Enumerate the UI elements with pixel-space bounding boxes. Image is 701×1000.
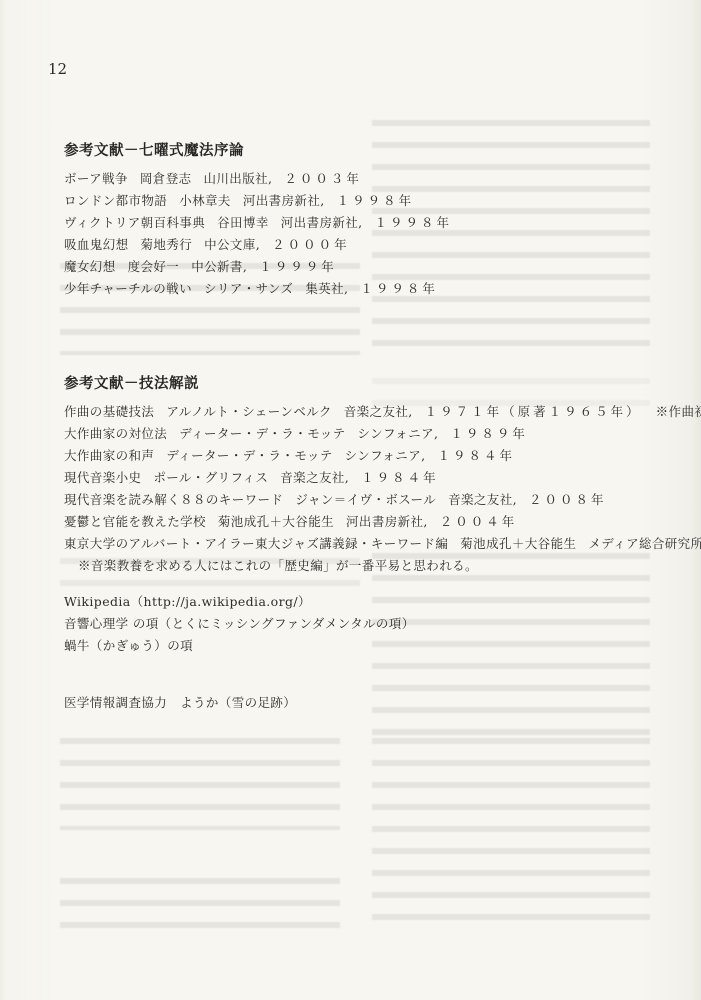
book-year: １９８４年 [361,470,439,485]
bibliography-entry: 大作曲家の和声ディーター・デ・ラ・モッテシンフォニア,１９８４年 [64,445,701,467]
reference-line: 音響心理学 の項（とくにミッシングファンダメンタルの項） [64,613,415,635]
bibliography-technique-section: 参考文献－技法解説 作曲の基礎技法アルノルト・シェーンベルク音楽之友社,１９７１… [64,373,701,577]
book-year: １９８９年 [450,426,528,441]
book-title: ロンドン都市物語 [64,193,167,208]
book-author: ディーター・デ・ラ・モッテ [179,426,345,441]
reference-line: 蝸牛（かぎゅう）の項 [64,635,415,657]
book-publisher: 音楽之友社, [344,404,413,419]
book-year: １９８４年 [437,448,515,463]
bibliography-entry: 大作曲家の対位法ディーター・デ・ラ・モッテシンフォニア,１９８９年 [64,423,701,445]
book-author: シリア・サンズ [204,281,293,296]
book-author: アルノルト・シェーンベルク [166,404,331,419]
bibliography-entry: ロンドン都市物語小林章夫河出書房新社,１９９８年 [64,190,452,212]
bibliography-entry: ヴィクトリア朝百科事典谷田博幸河出書房新社,１９９８年 [64,212,452,234]
book-publisher: 中公文庫, [204,237,260,252]
bibliography-entry: ボーア戦争岡倉登志山川出版社,２００３年 [64,168,452,190]
book-author: ジャン＝イヴ・ボスール [295,492,436,507]
bibliography-entry: 少年チャーチルの戦いシリア・サンズ集英社,１９９８年 [64,278,452,300]
book-note: ※作曲初学者に。 [656,404,701,419]
book-year: ２００８年 [529,492,607,507]
book-year: １９７１年（原著１９６５年） [425,404,642,419]
book-author: 岡倉登志 [140,171,192,186]
bibliography-entry: 作曲の基礎技法アルノルト・シェーンベルク音楽之友社,１９７１年（原著１９６５年）… [64,401,701,423]
book-publisher: シンフォニア, [358,426,439,441]
book-author: ディーター・デ・ラ・モッテ [166,448,332,463]
bibliography-magic-section: 参考文献－七曜式魔法序論 ボーア戦争岡倉登志山川出版社,２００３年 ロンドン都市… [64,140,452,300]
book-page: 12 参考文献－七曜式魔法序論 ボーア戦争岡倉登志山川出版社,２００３年 ロンド… [0,0,701,1000]
book-title: ボーア戦争 [64,171,128,186]
section-title: 参考文献－七曜式魔法序論 [64,140,452,162]
book-publisher: 河出書房新社, [243,193,325,208]
book-publisher: 音楽之友社, [280,470,349,485]
book-publisher: 中公新書, [191,259,247,274]
acknowledgement-section: 医学情報調査協力 ようか（雪の足跡） [64,692,296,714]
book-year: ２００４年 [440,514,518,529]
page-number: 12 [48,60,67,78]
book-author: ポール・グリフィス [153,470,268,485]
book-title: 憂鬱と官能を教えた学校 [64,514,206,529]
book-author: 谷田博幸 [217,215,269,230]
book-publisher: メディア総合研究所, [588,536,701,551]
book-title: 吸血鬼幻想 [64,237,129,252]
bibliography-entry: 憂鬱と官能を教えた学校菊池成孔＋大谷能生河出書房新社,２００４年 [64,511,701,533]
book-author: 菊池成孔＋大谷能生 [460,536,576,551]
acknowledgement-line: 医学情報調査協力 ようか（雪の足跡） [64,692,296,714]
book-author: 度会好一 [128,259,180,274]
bleed-through-text [60,730,340,830]
book-publisher: 河出書房新社, [346,514,428,529]
bibliography-entry: 魔女幻想度会好一中公新書,１９９９年 [64,256,452,278]
book-year: １９９８年 [337,193,415,208]
bibliography-entry: 現代音楽小史ポール・グリフィス音楽之友社,１９８４年 [64,467,701,489]
reference-line: Wikipedia（http://ja.wikipedia.org/） [64,591,415,613]
section-footnote: ※音楽教養を求める人にはこれの「歴史編」が一番平易と思われる。 [64,555,701,577]
book-author: 菊地秀行 [141,237,193,252]
book-title: 現代音楽小史 [64,470,141,485]
book-title: 現代音楽を読み解く８８のキーワード [64,492,283,507]
book-title: 大作曲家の和声 [64,448,154,463]
book-publisher: 音楽之友社, [448,492,517,507]
book-publisher: 山川出版社, [204,171,273,186]
bibliography-entry: 東京大学のアルバート・アイラー東大ジャズ講義録・キーワード編菊池成孔＋大谷能生メ… [64,533,701,555]
book-title: 東京大学のアルバート・アイラー東大ジャズ講義録・キーワード編 [64,536,448,551]
section-title: 参考文献－技法解説 [64,373,701,395]
web-references-section: Wikipedia（http://ja.wikipedia.org/） 音響心理… [64,591,415,657]
book-publisher: 河出書房新社, [281,215,363,230]
book-title: 少年チャーチルの戦い [64,281,192,296]
book-year: １９９８年 [360,281,438,296]
book-year: １９９８年 [375,215,453,230]
bleed-through-text [372,730,650,920]
book-title: 魔女幻想 [64,259,116,274]
book-author: 小林章夫 [179,193,231,208]
book-year: ２０００年 [272,237,350,252]
book-title: ヴィクトリア朝百科事典 [64,215,205,230]
book-author: 菊池成孔＋大谷能生 [218,514,334,529]
book-publisher: 集英社, [305,281,348,296]
book-year: １９９９年 [259,259,337,274]
book-title: 作曲の基礎技法 [64,404,154,419]
book-year: ２００３年 [284,171,362,186]
bibliography-entry: 現代音楽を読み解く８８のキーワードジャン＝イヴ・ボスール音楽之友社,２００８年 [64,489,701,511]
book-title: 大作曲家の対位法 [64,426,167,441]
bleed-through-text [60,870,340,930]
bibliography-entry: 吸血鬼幻想菊地秀行中公文庫,２０００年 [64,234,452,256]
book-publisher: シンフォニア, [345,448,426,463]
